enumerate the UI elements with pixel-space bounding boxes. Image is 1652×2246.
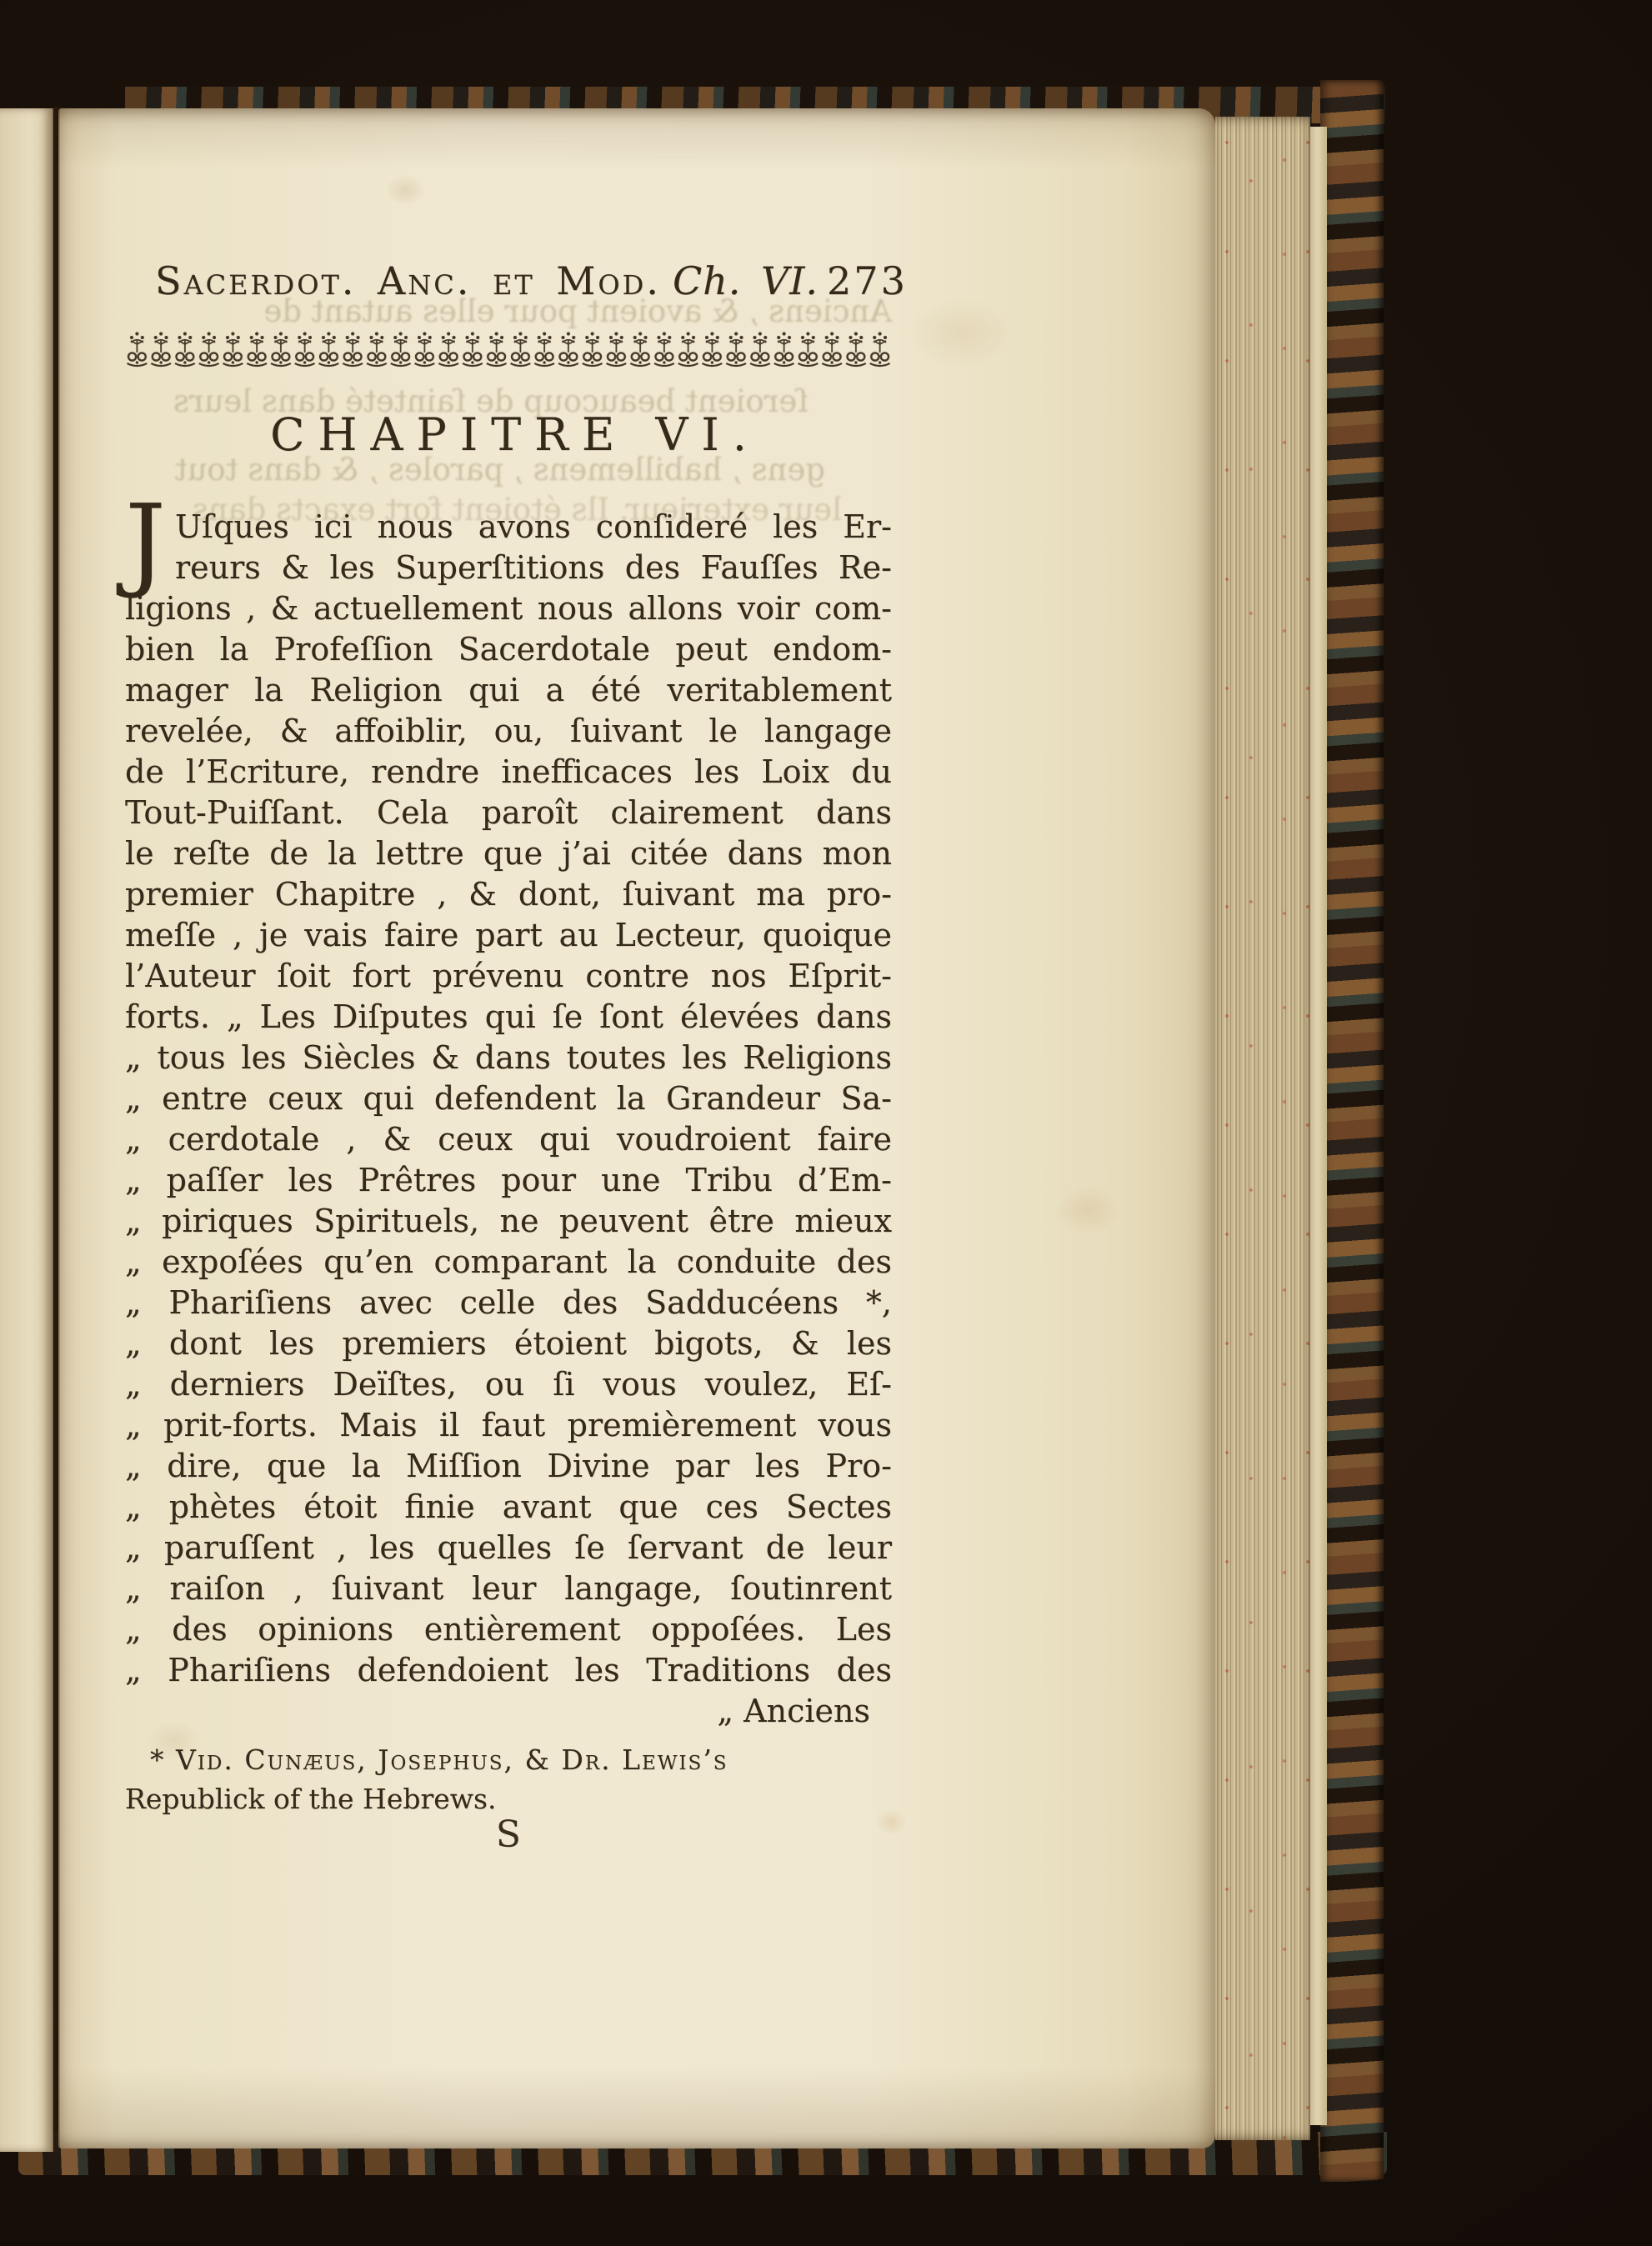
body-line: „ prit-forts. Mais il faut premièrement … [125, 1405, 892, 1446]
header-title: Sacerdot. Anc. et Mod. [155, 258, 661, 303]
body-line: „ Phariſiens avec celle des Sadducéens *… [125, 1283, 892, 1323]
body-line: „ derniers Deïſtes, ou ſi vous voulez, E… [125, 1364, 892, 1405]
body-line: le reſte de la lettre que j’ai citée dan… [125, 833, 892, 874]
header-chapter-ref: Ch. VI. [661, 258, 827, 303]
footnote: * Vid. Cunæus, Josephus, & Dr. Lewis’s R… [125, 1740, 892, 1818]
marbled-binding-board [1320, 80, 1384, 2182]
fore-edge-page-stack [1215, 117, 1310, 2140]
body-line: „ paſſer les Prêtres pour une Tribu d’Em… [125, 1160, 892, 1201]
body-line: bien la Profeſſion Sacerdotale peut endo… [125, 629, 892, 670]
body-line: l’Auteur ſoit fort prévenu contre nos Eſ… [125, 956, 892, 997]
body-line: „ raiſon , ſuivant leur langage, ſoutinr… [125, 1568, 892, 1609]
endpaper-edge [1310, 127, 1327, 2125]
body-line: Tout-Puiſſant. Cela paroît clairement da… [125, 793, 892, 833]
body-line: „ cerdotale , & ceux qui voudroient fair… [125, 1119, 892, 1160]
header-page-number: 273 [827, 258, 908, 303]
facing-page-edge [0, 108, 53, 2152]
footnote-line: * Vid. Cunæus, Josephus, & Dr. Lewis’s [125, 1740, 892, 1779]
body-line: „ des opinions entièrement oppoſées. Les [125, 1609, 892, 1650]
signature-mark: S [125, 1813, 892, 1856]
catchword: „ Anciens [125, 1691, 892, 1732]
body-line: Uſques ici nous avons conſideré les Er- [125, 507, 892, 548]
chapter-heading: CHAPITRE VI. [125, 408, 892, 461]
body-line: premier Chapitre , & dont, ſuivant ma pr… [125, 874, 892, 915]
body-line: revelée, & affoiblir, ou, ſuivant le lan… [125, 711, 892, 752]
book-page: Anciens , & avoient pour elles autant de… [58, 108, 1215, 2148]
body-line: forts. „ Les Diſputes qui ſe ſont élevée… [125, 997, 892, 1038]
running-header: Sacerdot. Anc. et Mod.Ch. VI.273 [125, 258, 922, 303]
body-line: „ entre ceux qui defendent la Grandeur S… [125, 1078, 892, 1119]
book-photo: Anciens , & avoient pour elles autant de… [0, 0, 1652, 2246]
body-line: reurs & les Superſtitions des Fauſſes Re… [125, 548, 892, 588]
body-line: „ piriques Spirituels, ne peuvent être m… [125, 1201, 892, 1242]
body-line: „ phètes étoit finie avant que ces Secte… [125, 1487, 892, 1528]
body-line: „ dire, que la Miſſion Divine par les Pr… [125, 1446, 892, 1487]
body-line: ligions , & actuellement nous allons voi… [125, 588, 892, 629]
body-line: „ dont les premiers étoient bigots, & le… [125, 1323, 892, 1364]
body-line: meſſe , je vais faire part au Lecteur, q… [125, 915, 892, 956]
body-line: „ tous les Siècles & dans toutes les Rel… [125, 1038, 892, 1078]
body-paragraph: J Uſques ici nous avons conſideré les Er… [125, 507, 892, 1732]
body-line: mager la Religion qui a été veritablemen… [125, 670, 892, 711]
body-line: „ Phariſiens defendoient les Traditions … [125, 1650, 892, 1691]
body-line: „ paruſſent , les quelles ſe ſervant de … [125, 1528, 892, 1568]
gutter-crease [52, 107, 60, 2153]
drop-cap: J [125, 507, 175, 588]
fleuron-ornament-row [125, 330, 892, 370]
body-line: de l’Ecriture, rendre inefficaces les Lo… [125, 752, 892, 793]
footnote-line: Republick of the Hebrews. [125, 1779, 892, 1818]
body-lines: Uſques ici nous avons conſideré les Er-r… [125, 507, 892, 1691]
body-line: „ expoſées qu’en comparant la conduite d… [125, 1242, 892, 1283]
